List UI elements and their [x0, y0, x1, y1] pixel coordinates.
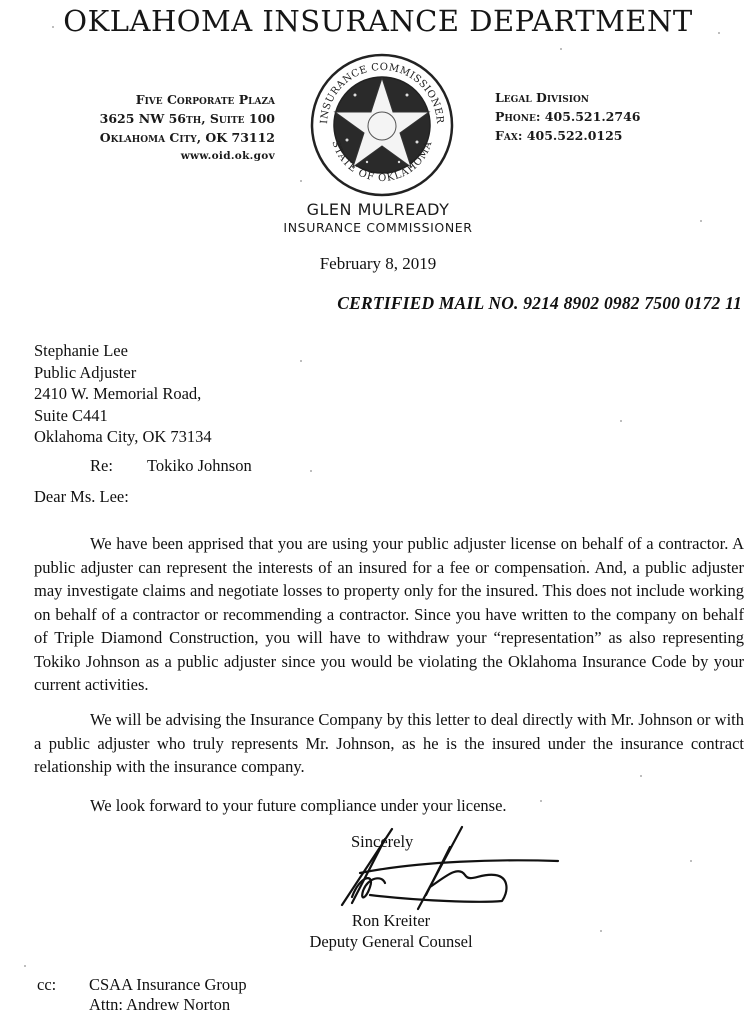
department-address: Five Corporate Plaza 3625 NW 56th, Suite…	[100, 90, 275, 166]
scan-speck	[560, 48, 562, 50]
commissioner-name: GLEN MULREADY	[0, 200, 756, 219]
cc-line: Attn: Andrew Norton	[89, 995, 247, 1015]
scan-speck	[718, 32, 720, 34]
scan-speck	[600, 930, 602, 932]
signer-block: Ron Kreiter Deputy General Counsel	[296, 910, 486, 952]
re-subject: Tokiko Johnson	[147, 456, 252, 475]
scan-speck	[52, 26, 54, 28]
scan-speck	[310, 470, 312, 472]
address-line: Five Corporate Plaza	[100, 90, 275, 109]
address-line: Oklahoma City, OK 73112	[100, 128, 275, 147]
phone-number: Phone: 405.521.2746	[495, 107, 640, 126]
scan-speck	[540, 800, 542, 802]
fax-number: Fax: 405.522.0125	[495, 126, 640, 145]
cc-label: cc:	[37, 975, 89, 995]
department-title: OKLAHOMA INSURANCE DEPARTMENT	[0, 4, 756, 38]
handwritten-signature-icon	[330, 825, 560, 920]
scan-speck	[300, 360, 302, 362]
scan-speck	[640, 775, 642, 777]
legal-division-contact: Legal Division Phone: 405.521.2746 Fax: …	[495, 88, 640, 145]
signer-name: Ron Kreiter	[296, 910, 486, 931]
recipient-line: Stephanie Lee	[34, 340, 212, 362]
scan-speck	[300, 180, 302, 182]
certified-mail-number: CERTIFIED MAIL NO. 9214 8902 0982 7500 0…	[337, 293, 742, 314]
scan-speck	[620, 420, 622, 422]
letter-date: February 8, 2019	[0, 254, 756, 274]
scan-speck	[700, 220, 702, 222]
scan-speck	[690, 860, 692, 862]
recipient-line: Oklahoma City, OK 73134	[34, 426, 212, 448]
re-label: Re:	[90, 456, 147, 476]
salutation: Dear Ms. Lee:	[34, 487, 129, 507]
cc-line: CSAA Insurance Group	[89, 975, 247, 995]
body-paragraph: We look forward to your future complianc…	[34, 794, 744, 818]
signer-title: Deputy General Counsel	[296, 931, 486, 952]
commissioner-block: GLEN MULREADY INSURANCE COMMISSIONER	[0, 200, 756, 235]
cc-block: cc: CSAA Insurance Group Attn: Andrew No…	[37, 975, 247, 1015]
recipient-line: Suite C441	[34, 405, 212, 427]
re-line: Re:Tokiko Johnson	[90, 456, 252, 476]
scan-speck	[580, 560, 582, 562]
commissioner-title: INSURANCE COMMISSIONER	[0, 220, 756, 235]
recipient-line: Public Adjuster	[34, 362, 212, 384]
recipient-line: 2410 W. Memorial Road,	[34, 383, 212, 405]
scan-speck	[24, 965, 26, 967]
body-paragraph: We will be advising the Insurance Compan…	[34, 708, 744, 779]
address-line: 3625 NW 56th, Suite 100	[100, 109, 275, 128]
state-seal-star-icon: INSURANCE COMMISSIONER STATE OF OKLAHOMA	[307, 50, 457, 200]
recipient-address: Stephanie Lee Public Adjuster 2410 W. Me…	[34, 340, 212, 448]
division-name: Legal Division	[495, 88, 640, 107]
body-paragraph: We have been apprised that you are using…	[34, 532, 744, 697]
website: www.oid.ok.gov	[100, 147, 275, 166]
